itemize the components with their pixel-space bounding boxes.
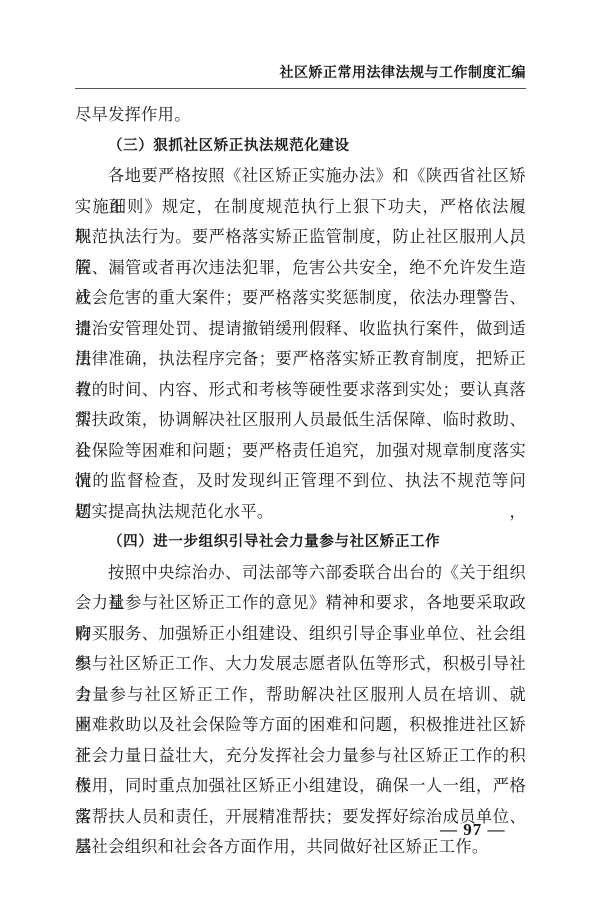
paragraph-line: 帮扶政策，协调解决社区服刑人员最低生活保障、临时救助、社: [75, 405, 526, 436]
running-header: 社区矫正常用法律法规与工作制度汇编: [75, 62, 526, 84]
section-heading: （三）狠抓社区矫正执法规范化建设: [75, 131, 526, 162]
paragraph-line: 购买服务、加强矫正小组建设、组织引导企事业单位、社会组织: [75, 619, 526, 650]
body-text: 尽早发挥作用。（三）狠抓社区矫正执法规范化建设各地要严格按照《社区矫正实施办法》…: [75, 100, 526, 863]
paragraph-line: 各地要严格按照《社区矫正实施办法》和《陕西省社区矫正: [75, 161, 526, 192]
section-heading: （四）进一步组织引导社会力量参与社区矫正工作: [75, 527, 526, 558]
paragraph-line: 管、漏管或者再次违法犯罪，危害公共安全，绝不允许发生造成: [75, 253, 526, 284]
paragraph-line: 会保险等困难和问题；要严格责任追究，加强对规章制度落实情: [75, 436, 526, 467]
page-number: — 97 —: [440, 820, 506, 840]
paragraph-line: 按照中央综治办、司法部等六部委联合出台的《关于组织社: [75, 558, 526, 589]
paragraph-line: 尽早发挥作用。: [75, 100, 526, 131]
paragraph-line: 规范执法行为。要严格落实矫正监管制度，防止社区服刑人员脱: [75, 222, 526, 253]
paragraph-line: 法律准确，执法程序完备；要严格落实矫正教育制度，把矫正教: [75, 344, 526, 375]
paragraph-line: 实施细则》规定，在制度规范执行上狠下功夫，严格依法履职，: [75, 192, 526, 223]
paragraph-line: 参与社区矫正工作、大力发展志愿者队伍等形式，积极引导社会: [75, 649, 526, 680]
paragraph-line: 育的时间、内容、形式和考核等硬性要求落到实处；要认真落实: [75, 375, 526, 406]
paragraph-line: 请治安管理处罚、提请撤销缓刑假释、收监执行案件，做到适用: [75, 314, 526, 345]
paragraph-line: 会力量参与社区矫正工作的意见》精神和要求，各地要采取政府: [75, 588, 526, 619]
paragraph-line: 力量参与社区矫正工作，帮助解决社区服刑人员在培训、就业、: [75, 680, 526, 711]
header-rule: [75, 88, 526, 89]
paragraph-line: 社会力量日益壮大，充分发挥社会力量参与社区矫正工作的积极: [75, 741, 526, 772]
paragraph-line: 社会危害的重大案件；要严格落实奖惩制度，依法办理警告、提: [75, 283, 526, 314]
paragraph-line: 况的监督检查，及时发现纠正管理不到位、执法不规范等问题，: [75, 466, 526, 497]
paragraph-line: 作用，同时重点加强社区矫正小组建设，确保一人一组，严格落: [75, 771, 526, 802]
paragraph-line: 困难救助以及社会保险等方面的困难和问题，积极推进社区矫正: [75, 710, 526, 741]
